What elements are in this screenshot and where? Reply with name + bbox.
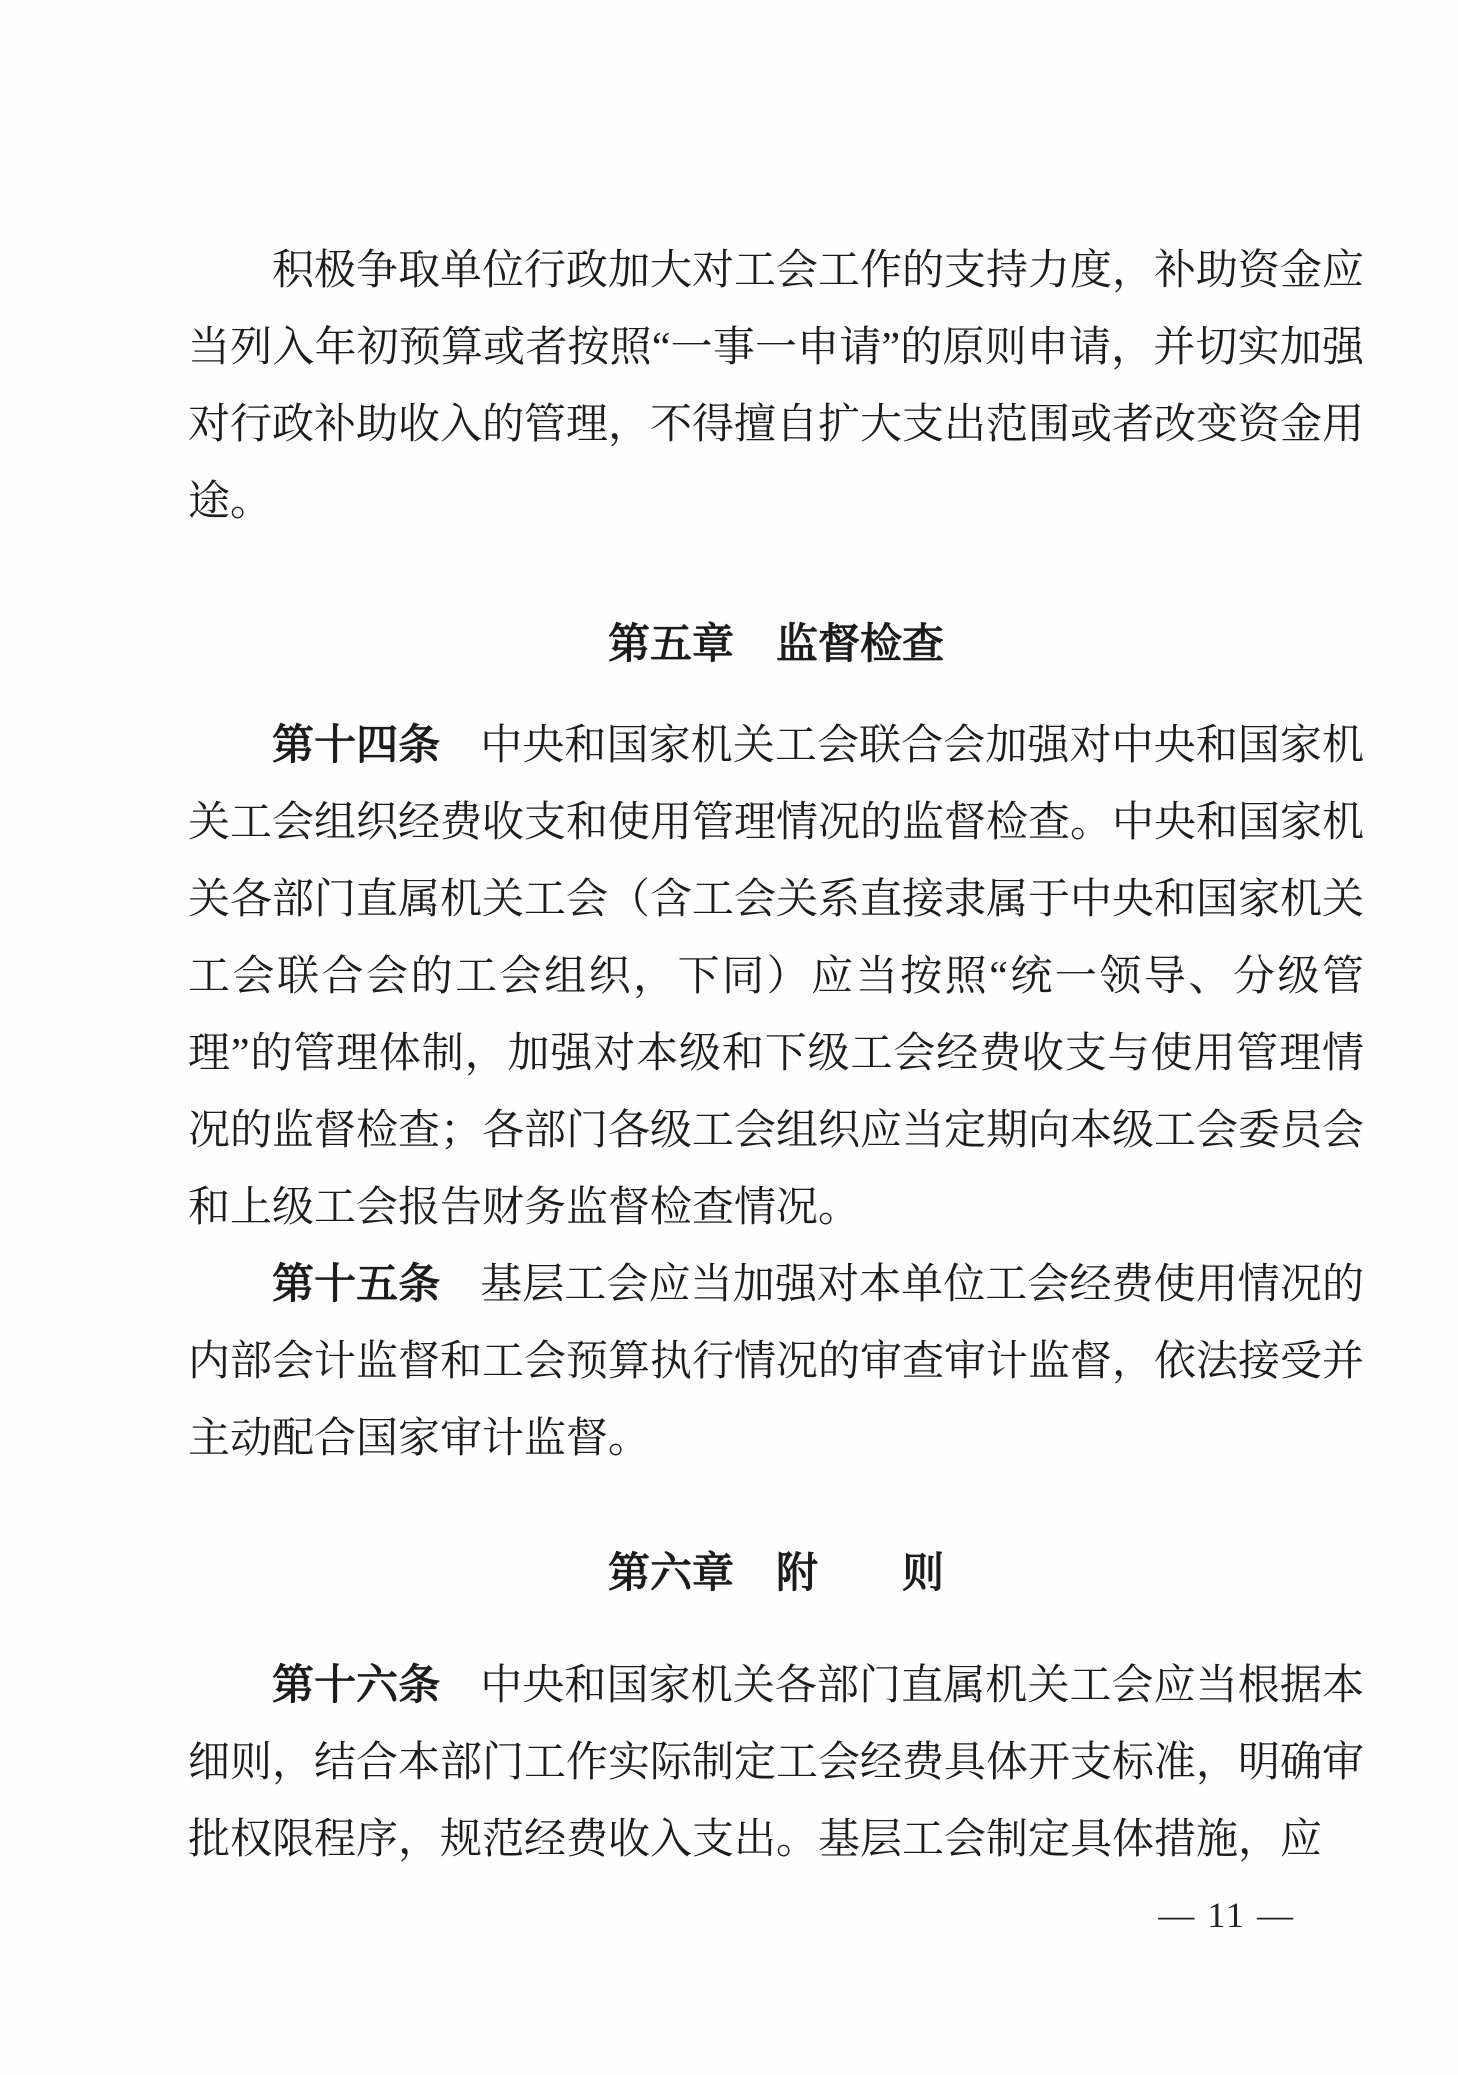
article-15-paragraph: 第十五条基层工会应当加强对本单位工会经费使用情况的内部会计监督和工会预算执行情况… [188,1247,1364,1478]
document-page: 积极争取单位行政加大对工会工作的支持力度，补助资金应当列入年初预算或者按照“一事… [0,0,1458,2075]
article-14-number: 第十四条 [272,723,440,769]
intro-paragraph: 积极争取单位行政加大对工会工作的支持力度，补助资金应当列入年初预算或者按照“一事… [188,233,1364,541]
document-content: 积极争取单位行政加大对工会工作的支持力度，补助资金应当列入年初预算或者按照“一事… [188,233,1364,1879]
chapter-6-heading: 第六章 附 则 [188,1536,1364,1613]
chapter-5-heading: 第五章 监督检查 [188,607,1364,684]
article-16-paragraph: 第十六条中央和国家机关各部门直属机关工会应当根据本细则，结合本部门工作实际制定工… [188,1648,1364,1879]
article-14-text: 中央和国家机关工会联合会加强对中央和国家机关工会组织经费收支和使用管理情况的监督… [188,723,1364,1231]
article-14-paragraph: 第十四条中央和国家机关工会联合会加强对中央和国家机关工会组织经费收支和使用管理情… [188,708,1364,1247]
page-number: — 11 — [1158,1893,1295,1937]
article-16-number: 第十六条 [272,1663,440,1709]
article-15-number: 第十五条 [272,1262,440,1308]
